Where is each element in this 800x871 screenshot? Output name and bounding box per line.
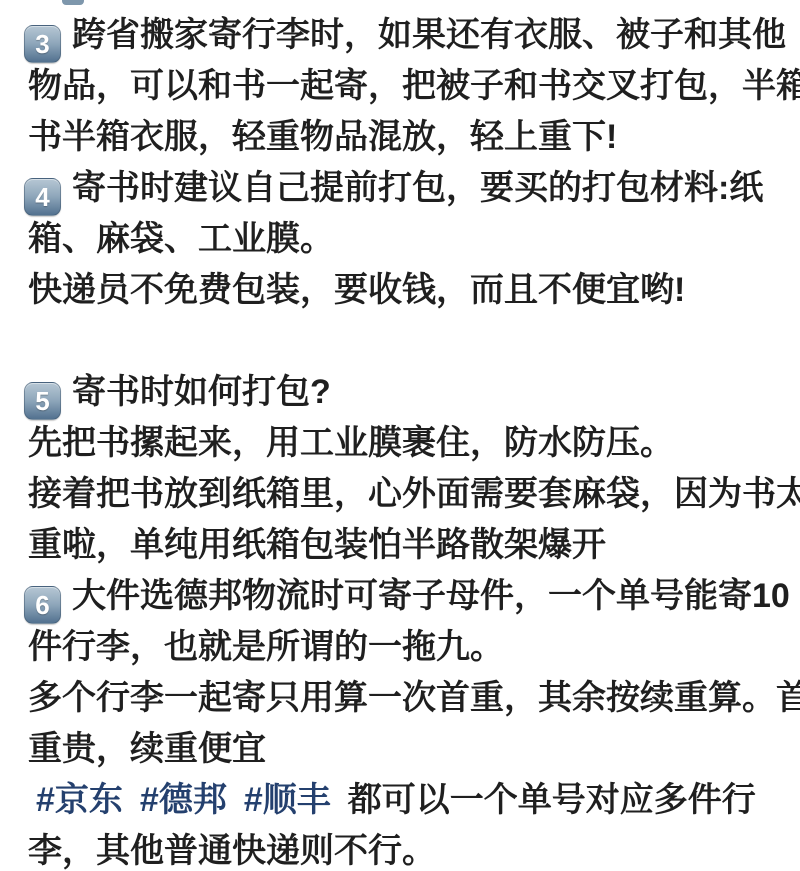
line-text: 重啦，单纯用纸箱包装怕半路散架爆开: [28, 526, 606, 564]
line-text: 多个行李一起寄只用算一次首重，其余按续重算。首: [28, 679, 800, 717]
text-line: 6大件选德邦物流时可寄子母件，一个单号能寄10: [28, 571, 800, 622]
line-text: 李，其他普通快递则不行。: [28, 832, 436, 870]
text-line: 多个行李一起寄只用算一次首重，其余按续重算。首: [28, 673, 800, 724]
text-line: 4寄书时建议自己提前打包，要买的打包材料:纸: [28, 163, 800, 214]
text-line: #京东#德邦#顺丰都可以一个单号对应多件行: [28, 775, 800, 826]
text-line: 书半箱衣服，轻重物品混放，轻上重下!: [28, 112, 800, 163]
line-text: 书半箱衣服，轻重物品混放，轻上重下!: [28, 118, 617, 156]
hashtag-link[interactable]: #顺丰: [244, 781, 331, 819]
text-line: 李，其他普通快递则不行。: [28, 826, 800, 871]
keycap-number-badge: 3: [24, 25, 61, 63]
line-text: 物品，可以和书一起寄，把被子和书交叉打包，半箱: [28, 67, 800, 105]
line-text: 箱、麻袋、工业膜。: [28, 220, 334, 258]
line-text: 接着把书放到纸箱里，心外面需要套麻袋，因为书太: [28, 475, 800, 513]
keycap-number-badge: 6: [24, 586, 61, 624]
cropped-text-artifact: [62, 0, 84, 5]
line-text: 快递员不免费包装，要收钱，而且不便宜哟!: [28, 271, 685, 309]
text-line: 重啦，单纯用纸箱包装怕半路散架爆开: [28, 520, 800, 571]
line-text: 件行李，也就是所谓的一拖九。: [28, 628, 504, 666]
line-text: 跨省搬家寄行李时，如果还有衣服、被子和其他: [72, 16, 786, 54]
text-line: 箱、麻袋、工业膜。: [28, 214, 800, 265]
text-line: 重贵，续重便宜: [28, 724, 800, 775]
hashtag-link[interactable]: #京东: [36, 781, 123, 819]
keycap-number-badge: 5: [24, 382, 61, 420]
text-line: 先把书摞起来，用工业膜裹住，防水防压。: [28, 418, 800, 469]
line-text: 大件选德邦物流时可寄子母件，一个单号能寄10: [72, 577, 790, 615]
text-line: 件行李，也就是所谓的一拖九。: [28, 622, 800, 673]
text-line: 接着把书放到纸箱里，心外面需要套麻袋，因为书太: [28, 469, 800, 520]
line-text: 都可以一个单号对应多件行: [348, 781, 756, 819]
note-body: 3跨省搬家寄行李时，如果还有衣服、被子和其他物品，可以和书一起寄，把被子和书交叉…: [28, 10, 800, 871]
line-text: 先把书摞起来，用工业膜裹住，防水防压。: [28, 424, 674, 462]
text-line: 5寄书时如何打包?: [28, 367, 800, 418]
line-text: 寄书时如何打包?: [72, 373, 331, 411]
text-line: 3跨省搬家寄行李时，如果还有衣服、被子和其他: [28, 10, 800, 61]
blank-line: [28, 316, 800, 367]
hashtag-link[interactable]: #德邦: [140, 781, 227, 819]
keycap-number-badge: 4: [24, 178, 61, 216]
text-line: 快递员不免费包装，要收钱，而且不便宜哟!: [28, 265, 800, 316]
text-line: 物品，可以和书一起寄，把被子和书交叉打包，半箱: [28, 61, 800, 112]
line-text: 重贵，续重便宜: [28, 730, 266, 768]
line-text: 寄书时建议自己提前打包，要买的打包材料:纸: [72, 169, 763, 207]
